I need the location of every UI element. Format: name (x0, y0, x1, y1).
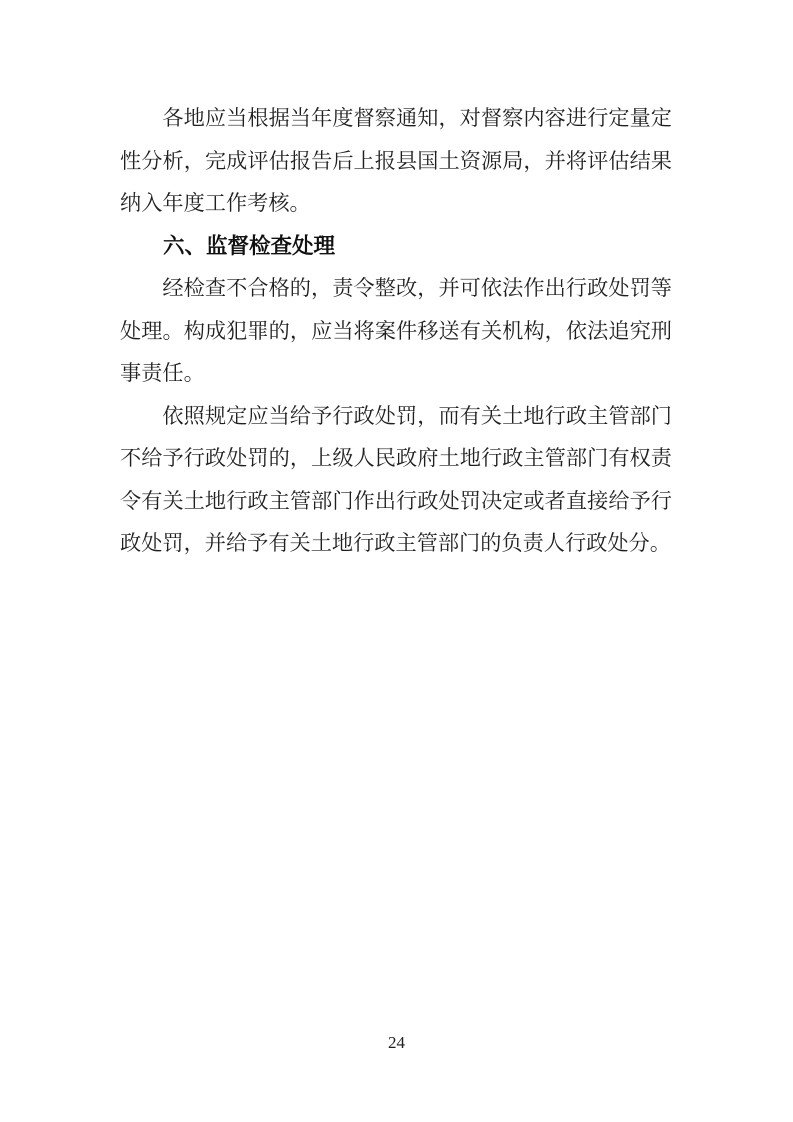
section-heading-supervision: 六、监督检查处理 (120, 225, 672, 268)
paragraph-inspection-result: 经检查不合格的，责令整改，并可依法作出行政处罚等处理。构成犯罪的，应当将案件移送… (120, 267, 672, 395)
paragraph-assessment: 各地应当根据当年度督察通知，对督察内容进行定量定性分析，完成评估报告后上报县国土… (120, 97, 672, 225)
page-number: 24 (0, 1032, 793, 1054)
document-content: 各地应当根据当年度督察通知，对督察内容进行定量定性分析，完成评估报告后上报县国土… (120, 97, 672, 565)
document-page: 各地应当根据当年度督察通知，对督察内容进行定量定性分析，完成评估报告后上报县国土… (0, 0, 793, 1122)
paragraph-administrative-penalty: 依照规定应当给予行政处罚，而有关土地行政主管部门不给予行政处罚的，上级人民政府土… (120, 395, 672, 565)
